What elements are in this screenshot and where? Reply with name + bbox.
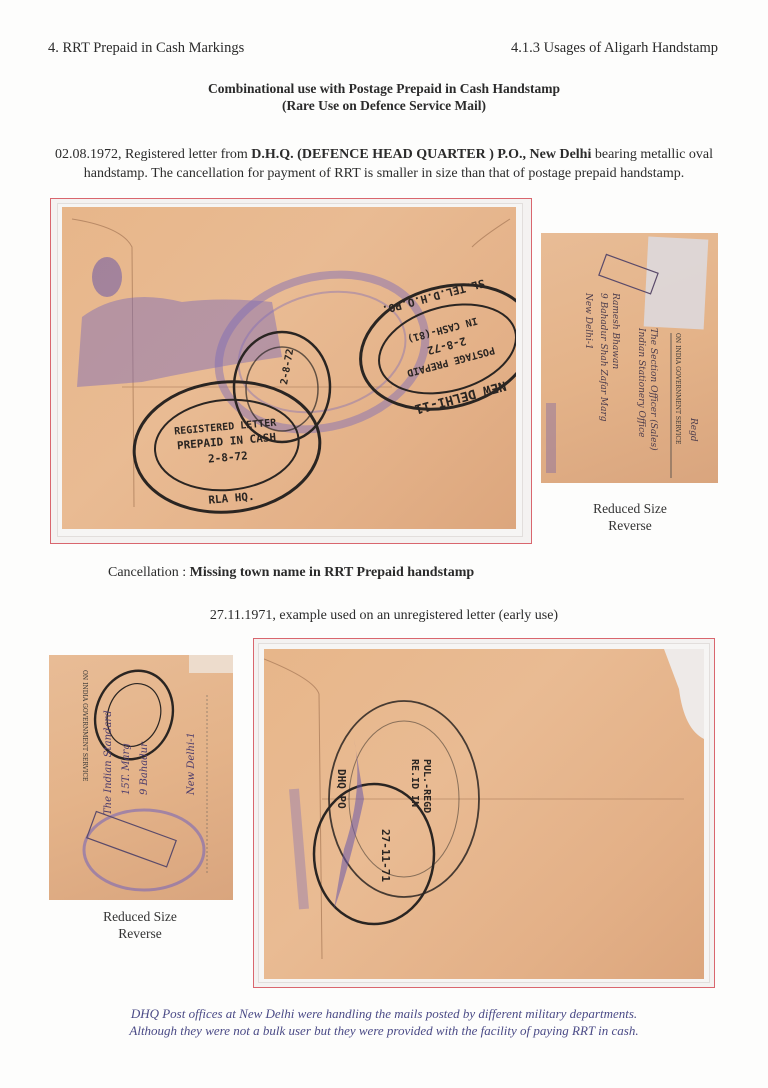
cover1-description: 02.08.1972, Registered letter from D.H.Q…: [40, 145, 728, 183]
svg-text:2-8-72: 2-8-72: [279, 348, 296, 385]
svg-text:15T. Marg: 15T. Marg: [121, 743, 132, 795]
svg-text:RE.ID IN: RE.ID IN: [409, 759, 420, 807]
svg-text:Ramesh Bhawan: Ramesh Bhawan: [610, 292, 620, 369]
reverse1-artwork: ON INDIA GOVERNMENT SERVICE Regd The Sec…: [541, 233, 718, 483]
desc-prefix: 02.08.1972, Registered letter from: [55, 147, 251, 162]
svg-text:NEW DELHI-11: NEW DELHI-11: [413, 377, 508, 416]
section-heading: 4. RRT Prepaid in Cash Markings: [48, 40, 244, 57]
reverse1-envelope: ON INDIA GOVERNMENT SERVICE Regd The Sec…: [541, 233, 718, 483]
svg-text:9 Bahadur Shah Zafar Marg: 9 Bahadur Shah Zafar Marg: [598, 293, 608, 422]
desc-bold: D.H.Q. (DEFENCE HEAD QUARTER ) P.O., New…: [251, 147, 591, 162]
svg-text:PUL.-REGD: PUL.-REGD: [421, 759, 432, 813]
cover2-frame: PUL.-REGD RE.ID IN 27-11-71 DHQ PO: [253, 638, 715, 988]
cancellation-value: Missing town name in RRT Prepaid handsta…: [190, 565, 475, 580]
cover2-artwork: PUL.-REGD RE.ID IN 27-11-71 DHQ PO: [264, 649, 704, 979]
cover1-envelope: NEW DELHI-11 POSTAGE PREPAID 2-8-72 IN C…: [62, 207, 516, 529]
footer-note: DHQ Post offices at New Delhi were handl…: [60, 1005, 708, 1039]
svg-text:New Delhi-1: New Delhi-1: [583, 292, 593, 350]
svg-text:ON INDIA GOVERNMENT SERVICE: ON INDIA GOVERNMENT SERVICE: [674, 333, 681, 444]
reverse2-caption: Reduced Size Reverse: [70, 908, 210, 942]
cancellation-label: Cancellation :: [108, 565, 190, 580]
svg-text:2-8-72: 2-8-72: [208, 449, 249, 465]
svg-text:New Delhi-1: New Delhi-1: [186, 732, 197, 796]
reverse1-caption-line-2: Reverse: [560, 517, 700, 534]
svg-text:The Indian Standard: The Indian Standard: [103, 710, 114, 815]
svg-text:Regd: Regd: [688, 417, 698, 442]
footer-line-2: Although they were not a bulk user but t…: [60, 1022, 708, 1039]
svg-text:DHQ PO: DHQ PO: [335, 769, 348, 809]
reverse1-caption-line-1: Reduced Size: [560, 500, 700, 517]
svg-text:Indian Stationery Office: Indian Stationery Office: [636, 327, 646, 437]
svg-text:IN CASH-(81): IN CASH-(81): [406, 314, 479, 343]
svg-text:ON INDIA GOVERNMENT SERVICE: ON INDIA GOVERNMENT SERVICE: [81, 670, 88, 781]
reverse2-caption-line-2: Reverse: [70, 925, 210, 942]
cover2-description: 27.11.1971, example used on an unregiste…: [0, 608, 768, 624]
reverse2-envelope: ON INDIA GOVERNMENT SERVICE The Indian S…: [49, 655, 233, 900]
cover1-frame: NEW DELHI-11 POSTAGE PREPAID 2-8-72 IN C…: [50, 198, 532, 544]
svg-text:RLA HQ.: RLA HQ.: [208, 490, 255, 507]
cover2-envelope: PUL.-REGD RE.ID IN 27-11-71 DHQ PO: [264, 649, 704, 979]
reverse1-caption: Reduced Size Reverse: [560, 500, 700, 534]
title-line-2: (Rare Use on Defence Service Mail): [0, 97, 768, 114]
svg-text:27-11-71: 27-11-71: [379, 829, 392, 882]
svg-text:The Section Officer (Sales): The Section Officer (Sales): [648, 328, 659, 451]
title-line-1: Combinational use with Postage Prepaid i…: [0, 80, 768, 97]
svg-text:9 Bahadur: 9 Bahadur: [139, 741, 150, 795]
cancellation-note: Cancellation : Missing town name in RRT …: [108, 565, 474, 581]
subsection-heading: 4.1.3 Usages of Aligarh Handstamp: [511, 40, 718, 57]
reverse2-caption-line-1: Reduced Size: [70, 908, 210, 925]
cover1-artwork: NEW DELHI-11 POSTAGE PREPAID 2-8-72 IN C…: [62, 207, 516, 529]
page-title: Combinational use with Postage Prepaid i…: [0, 80, 768, 114]
reverse2-artwork: ON INDIA GOVERNMENT SERVICE The Indian S…: [49, 655, 233, 900]
footer-line-1: DHQ Post offices at New Delhi were handl…: [60, 1005, 708, 1022]
